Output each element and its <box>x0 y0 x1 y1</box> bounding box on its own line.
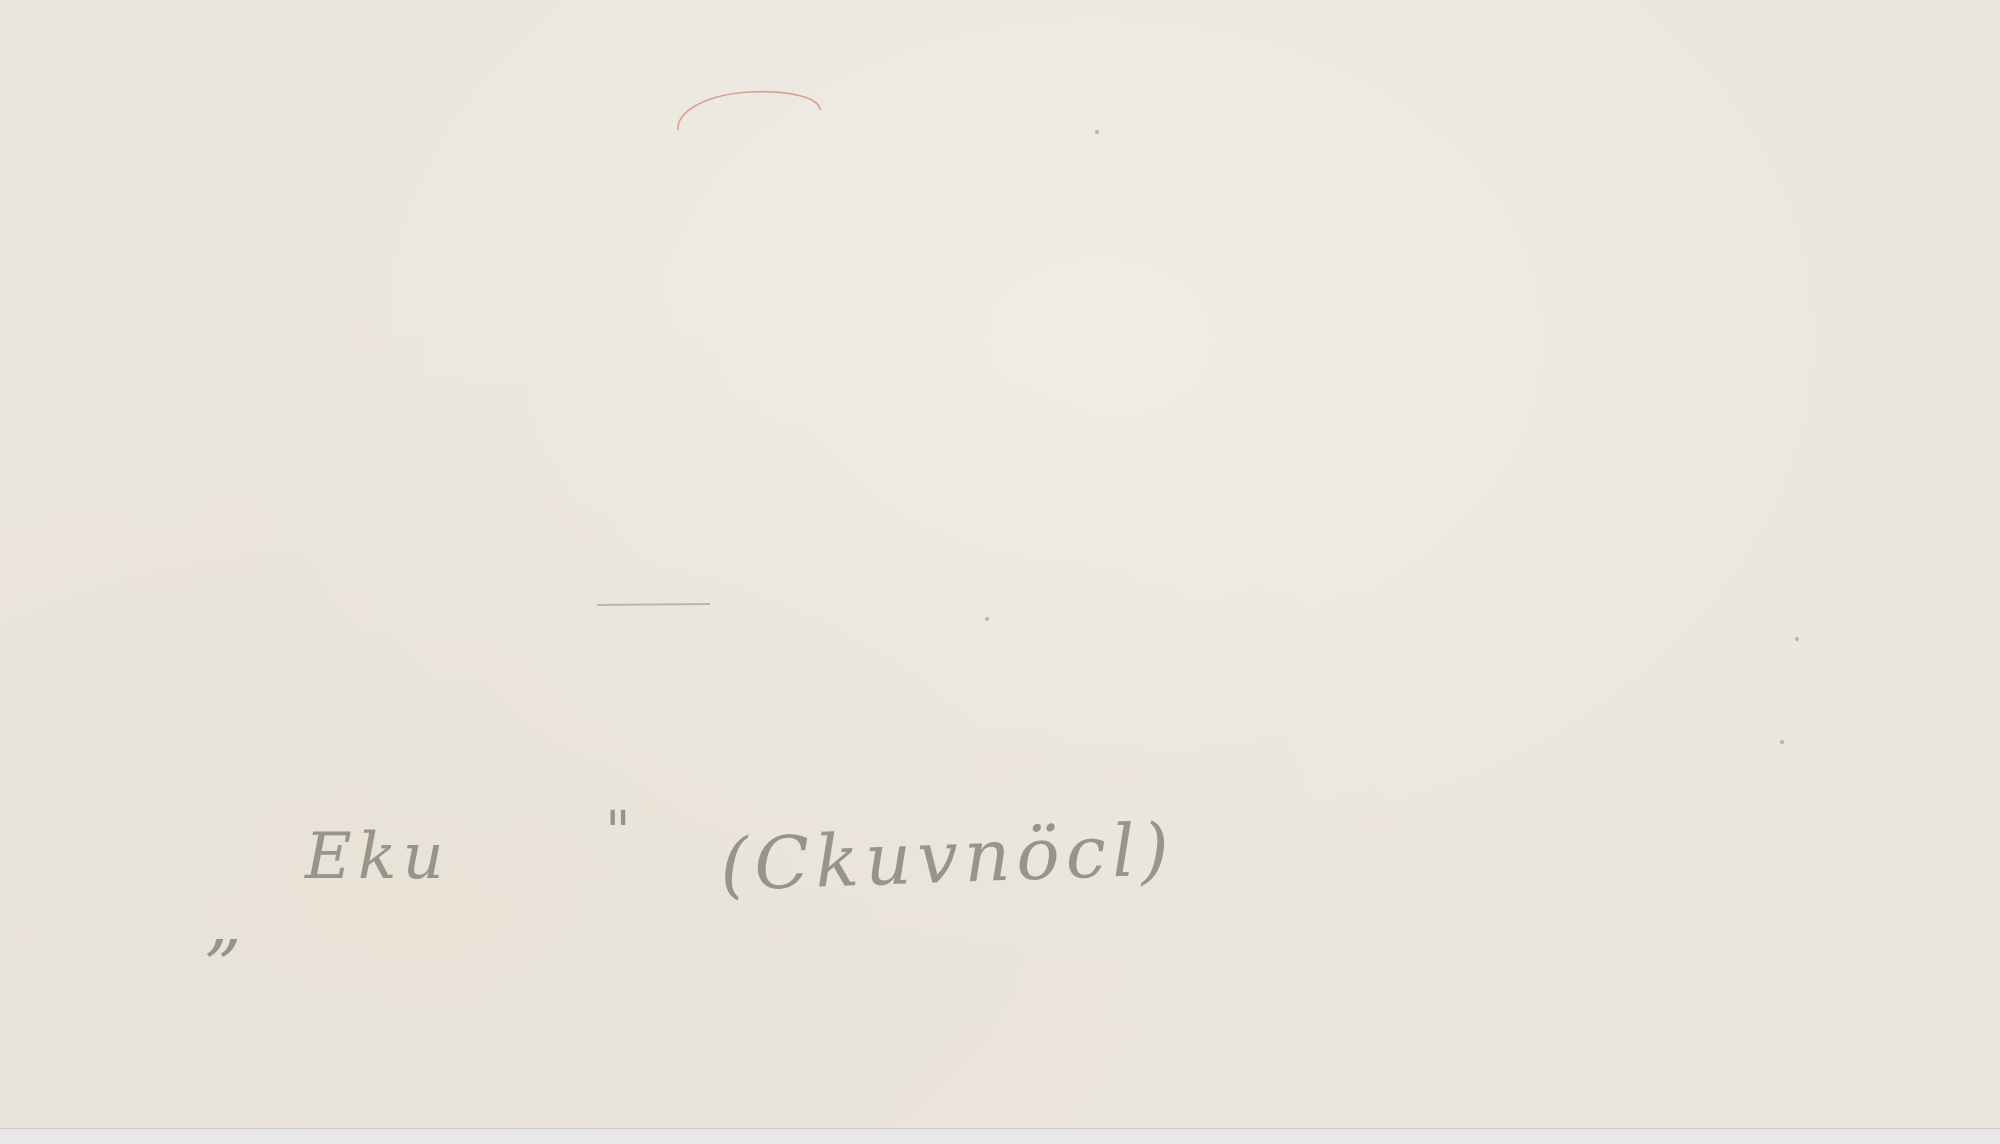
inscription-subtitle: (Ckuvnöcl) <box>719 807 1177 907</box>
inscription-close-quote: " <box>605 800 637 865</box>
inscription-open-quote: „ <box>205 880 248 964</box>
speck <box>1095 130 1099 134</box>
speck <box>985 617 989 621</box>
speck <box>1795 637 1799 641</box>
speck <box>1780 740 1784 744</box>
faint-dash-mark <box>595 600 715 610</box>
inscription-title: Eku <box>305 820 450 894</box>
paper-sheet: „ Eku " (Ckuvnöcl) <box>0 0 2000 1129</box>
scanner-edge-strip <box>0 1129 2000 1144</box>
red-pencil-arc <box>670 80 830 140</box>
